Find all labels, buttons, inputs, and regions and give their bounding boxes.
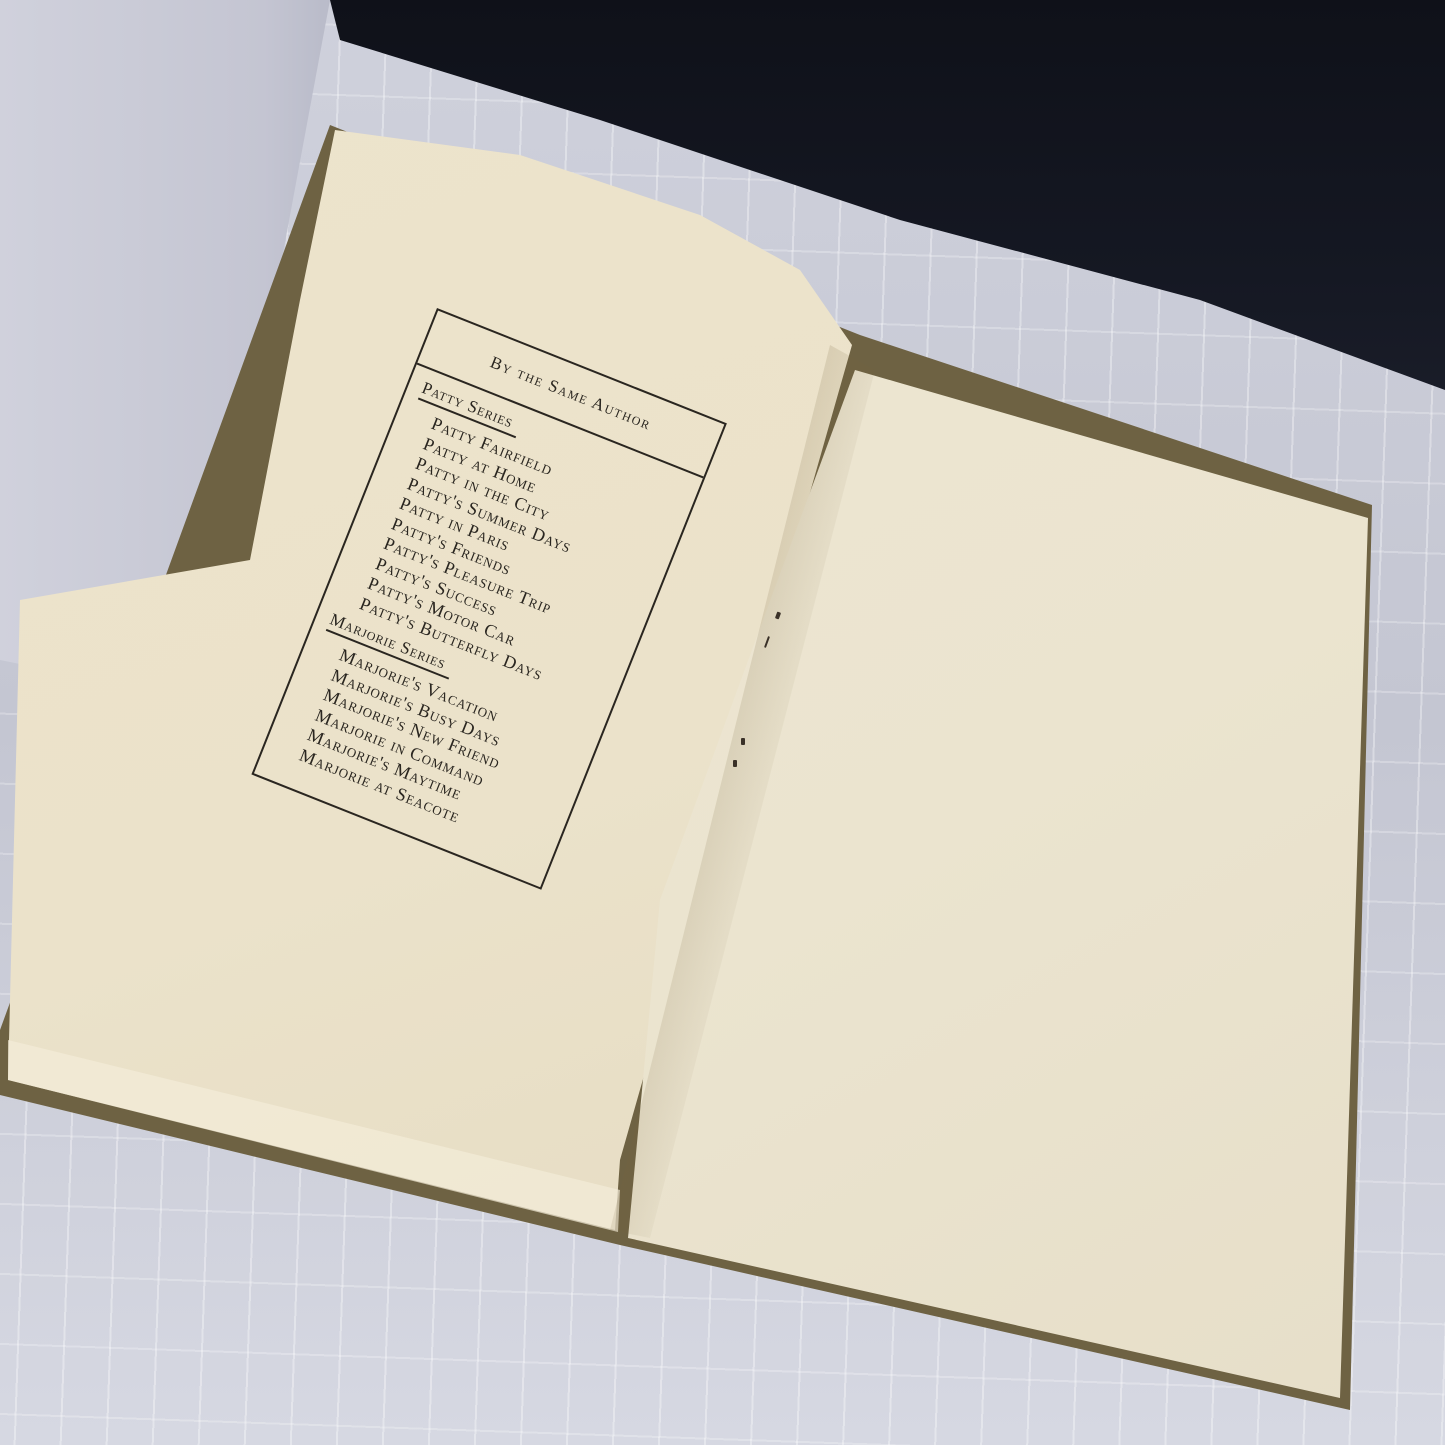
- binding-thread: [733, 760, 737, 767]
- binding-thread: [741, 738, 745, 745]
